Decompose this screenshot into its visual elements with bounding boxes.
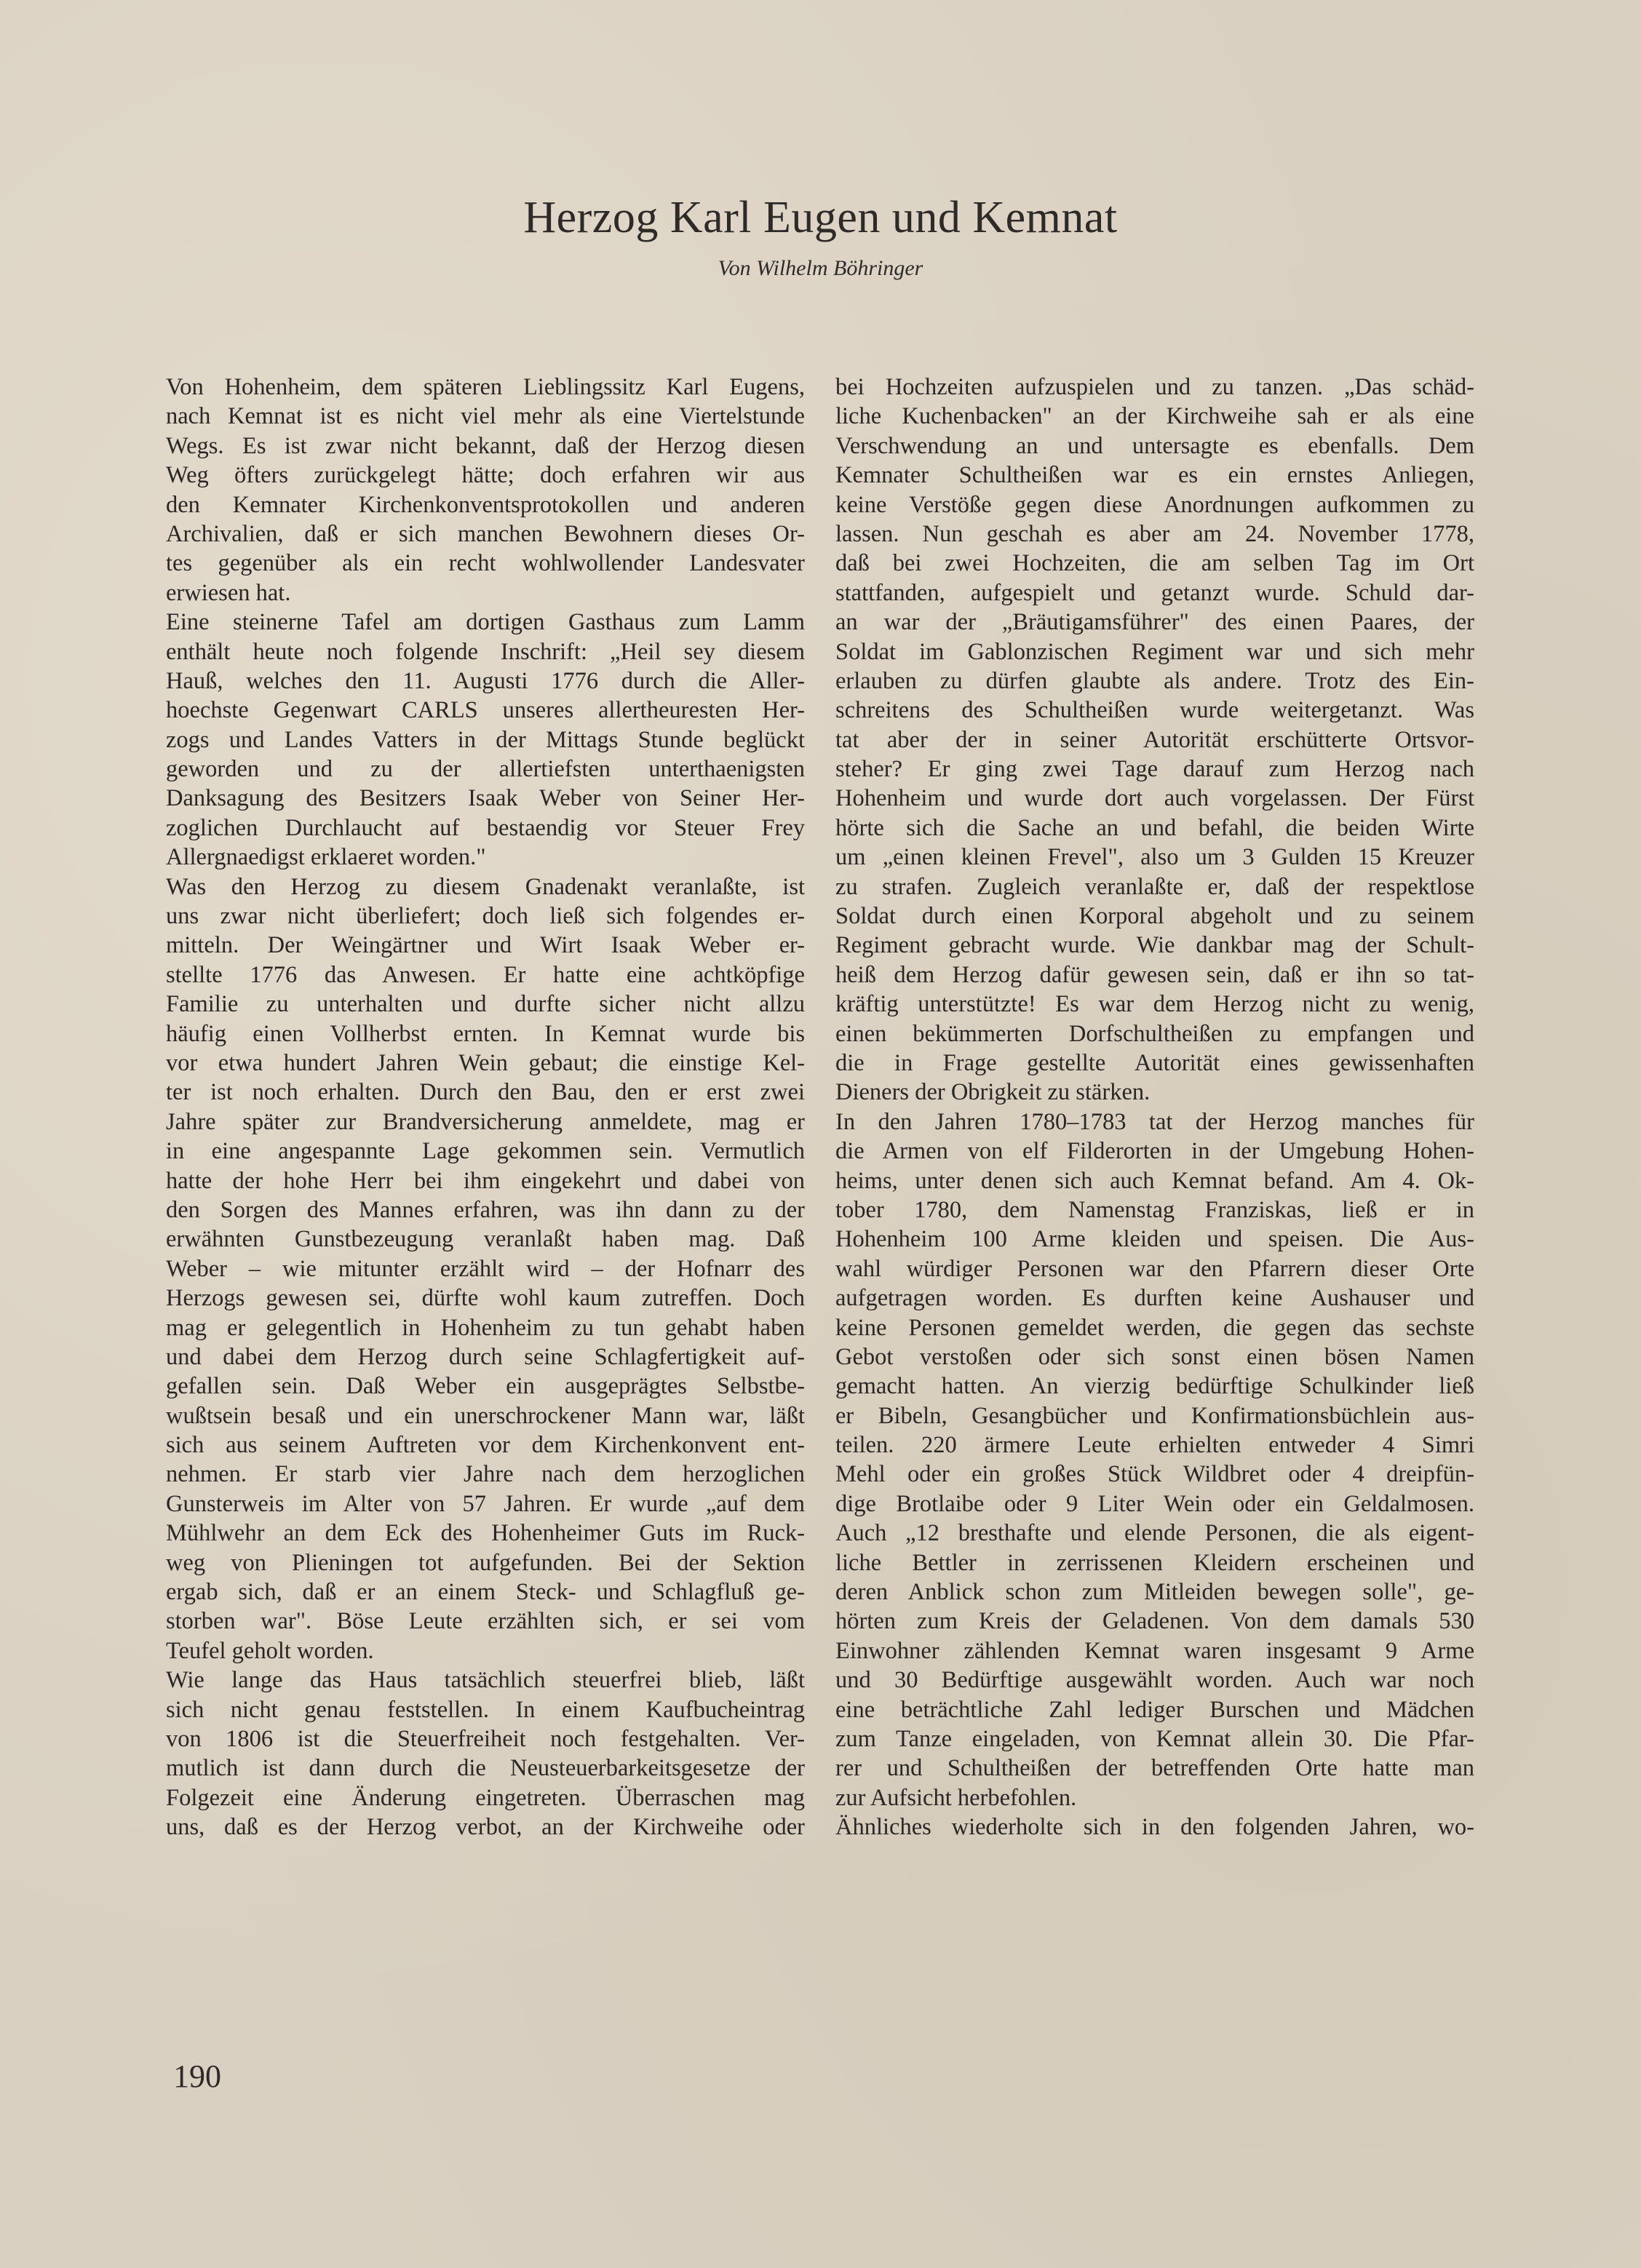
text-line: lassen. Nun geschah es aber am 24. Novem… xyxy=(835,520,1474,549)
text-line: Archivalien, daß er sich manchen Bewohne… xyxy=(166,520,805,549)
text-line: tes gegenüber als ein recht wohlwollende… xyxy=(166,549,805,578)
left-text-column: Von Hohenheim, dem späteren Lieblingssit… xyxy=(166,373,805,1842)
text-line: heiß dem Herzog dafür gewesen sein, daß … xyxy=(835,960,1474,990)
text-line: tober 1780, dem Namenstag Franziskas, li… xyxy=(835,1195,1474,1225)
text-line: Von Hohenheim, dem späteren Lieblingssit… xyxy=(166,373,805,402)
text-line: tat aber der in seiner Autorität erschüt… xyxy=(835,725,1474,755)
text-line: keine Verstöße gegen diese Anordnungen a… xyxy=(835,490,1474,520)
text-line: und dabei dem Herzog durch seine Schlagf… xyxy=(166,1342,805,1372)
text-line: schreitens des Schultheißen wurde weiter… xyxy=(835,696,1474,725)
text-line: nehmen. Er starb vier Jahre nach dem her… xyxy=(166,1460,805,1489)
text-line: zogs und Landes Vatters in der Mittags S… xyxy=(166,725,805,755)
text-line: sich aus seinem Auftreten vor dem Kirche… xyxy=(166,1431,805,1460)
text-line: in eine angespannte Lage gekommen sein. … xyxy=(166,1137,805,1166)
text-line: Folgezeit eine Änderung eingetreten. Übe… xyxy=(166,1783,805,1813)
text-line: eine beträchtliche Zahl lediger Burschen… xyxy=(835,1695,1474,1724)
text-line: stellte 1776 das Anwesen. Er hatte eine … xyxy=(166,960,805,990)
text-line: dige Brotlaibe oder 9 Liter Wein oder ei… xyxy=(835,1489,1474,1519)
text-line: teilen. 220 ärmere Leute erhielten entwe… xyxy=(835,1431,1474,1460)
text-line: einen bekümmerten Dorfschultheißen zu em… xyxy=(835,1019,1474,1049)
text-line: gemacht hatten. An vierzig bedürftige Sc… xyxy=(835,1372,1474,1401)
text-line: hörten zum Kreis der Geladenen. Von dem … xyxy=(835,1607,1474,1636)
article-author: Von Wilhelm Böhringer xyxy=(0,256,1641,281)
text-line: Herzogs gewesen sei, dürfte wohl kaum zu… xyxy=(166,1284,805,1313)
text-line: rer und Schultheißen der betreffenden Or… xyxy=(835,1754,1474,1783)
text-line: hoechste Gegenwart CARLS unseres allerth… xyxy=(166,696,805,725)
text-line: Hauß, welches den 11. Augusti 1776 durch… xyxy=(166,667,805,696)
text-line: uns, daß es der Herzog verbot, an der Ki… xyxy=(166,1813,805,1842)
text-line: zoglichen Durchlaucht auf bestaendig vor… xyxy=(166,813,805,843)
text-line: er Bibeln, Gesangbücher und Konfirmation… xyxy=(835,1401,1474,1431)
text-line: aufgetragen worden. Es durften keine Aus… xyxy=(835,1284,1474,1313)
text-line: erlauben zu dürfen glaubte als andere. T… xyxy=(835,667,1474,696)
text-line: Regiment gebracht wurde. Wie dankbar mag… xyxy=(835,931,1474,960)
text-line: Wegs. Es ist zwar nicht bekannt, daß der… xyxy=(166,431,805,461)
text-line: bei Hochzeiten aufzuspielen und zu tanze… xyxy=(835,373,1474,402)
text-line: Verschwendung an und untersagte es ebenf… xyxy=(835,431,1474,461)
text-line: Einwohner zählenden Kemnat waren insgesa… xyxy=(835,1636,1474,1666)
text-line: ter ist noch erhalten. Durch den Bau, de… xyxy=(166,1078,805,1107)
text-line: hatte der hohe Herr bei ihm eingekehrt u… xyxy=(166,1166,805,1195)
text-line: zum Tanze eingeladen, von Kemnat allein … xyxy=(835,1724,1474,1754)
text-line: deren Anblick schon zum Mitleiden bewege… xyxy=(835,1577,1474,1607)
page-number: 190 xyxy=(173,2058,221,2095)
text-line: geworden und zu der allertiefsten untert… xyxy=(166,755,805,784)
text-line: Gunsterweis im Alter von 57 Jahren. Er w… xyxy=(166,1489,805,1519)
text-line: Hohenheim und wurde dort auch vorgelasse… xyxy=(835,784,1474,813)
text-line: Wie lange das Haus tatsächlich steuerfre… xyxy=(166,1666,805,1695)
text-line: und 30 Bedürftige ausgewählt worden. Auc… xyxy=(835,1666,1474,1695)
text-line: mutlich ist dann durch die Neusteuerbark… xyxy=(166,1754,805,1783)
text-line: Dieners der Obrigkeit zu stärken. xyxy=(835,1078,1474,1107)
text-line: stattfanden, aufgespielt und getanzt wur… xyxy=(835,578,1474,608)
text-line: keine Personen gemeldet werden, die gege… xyxy=(835,1313,1474,1342)
text-line: Hohenheim 100 Arme kleiden und speisen. … xyxy=(835,1225,1474,1254)
text-line: die Armen von elf Filderorten in der Umg… xyxy=(835,1137,1474,1166)
text-line: Mehl oder ein großes Stück Wildbret oder… xyxy=(835,1460,1474,1489)
text-line: die in Frage gestellte Autorität eines g… xyxy=(835,1049,1474,1078)
text-line: erwähnten Gunstbezeugung veranlaßt haben… xyxy=(166,1225,805,1254)
text-line: daß bei zwei Hochzeiten, die am selben T… xyxy=(835,549,1474,578)
text-line: Eine steinerne Tafel am dortigen Gasthau… xyxy=(166,608,805,637)
text-line: steher? Er ging zwei Tage darauf zum Her… xyxy=(835,755,1474,784)
right-text-column: bei Hochzeiten aufzuspielen und zu tanze… xyxy=(835,373,1474,1842)
text-line: sich nicht genau feststellen. In einem K… xyxy=(166,1695,805,1724)
text-line: heims, unter denen sich auch Kemnat befa… xyxy=(835,1166,1474,1195)
text-line: wußtsein besaß und ein unerschrockener M… xyxy=(166,1401,805,1431)
text-line: Auch „12 bresthafte und elende Personen,… xyxy=(835,1519,1474,1548)
article-title: Herzog Karl Eugen und Kemnat xyxy=(0,192,1641,244)
text-line: Familie zu unterhalten und durfte sicher… xyxy=(166,990,805,1019)
text-line: weg von Plieningen tot aufgefunden. Bei … xyxy=(166,1548,805,1577)
text-line: gefallen sein. Daß Weber ein ausgeprägte… xyxy=(166,1372,805,1401)
text-line: In den Jahren 1780–1783 tat der Herzog m… xyxy=(835,1107,1474,1137)
text-line: Was den Herzog zu diesem Gnadenakt veran… xyxy=(166,872,805,902)
text-line: Soldat im Gablonzischen Regiment war und… xyxy=(835,637,1474,667)
text-line: Teufel geholt worden. xyxy=(166,1636,805,1666)
text-line: zu strafen. Zugleich veranlaßte er, daß … xyxy=(835,872,1474,902)
text-line: ergab sich, daß er an einem Steck- und S… xyxy=(166,1577,805,1607)
text-line: vor etwa hundert Jahren Wein gebaut; die… xyxy=(166,1049,805,1078)
text-line: Allergnaedigst erklaeret worden." xyxy=(166,843,805,872)
text-line: Ähnliches wiederholte sich in den folgen… xyxy=(835,1813,1474,1842)
text-line: kräftig unterstützte! Es war dem Herzog … xyxy=(835,990,1474,1019)
text-line: Soldat durch einen Korporal abgeholt und… xyxy=(835,902,1474,931)
text-line: mag er gelegentlich in Hohenheim zu tun … xyxy=(166,1313,805,1342)
text-line: Jahre später zur Brandversicherung anmel… xyxy=(166,1107,805,1137)
text-line: nach Kemnat ist es nicht viel mehr als e… xyxy=(166,402,805,431)
text-line: storben war". Böse Leute erzählten sich,… xyxy=(166,1607,805,1636)
text-line: den Kemnater Kirchenkonventsprotokollen … xyxy=(166,490,805,520)
text-line: Kemnater Schultheißen war es ein ernstes… xyxy=(835,461,1474,490)
text-line: hörte sich die Sache an und befahl, die … xyxy=(835,813,1474,843)
text-line: wahl würdiger Personen war den Pfarrern … xyxy=(835,1254,1474,1284)
text-line: Weber – wie mitunter erzählt wird – der … xyxy=(166,1254,805,1284)
text-line: liche Bettler in zerrissenen Kleidern er… xyxy=(835,1548,1474,1577)
text-line: erwiesen hat. xyxy=(166,578,805,608)
text-line: uns zwar nicht überliefert; doch ließ si… xyxy=(166,902,805,931)
text-line: Mühlwehr an dem Eck des Hohenheimer Guts… xyxy=(166,1519,805,1548)
text-line: Weg öfters zurückgelegt hätte; doch erfa… xyxy=(166,461,805,490)
text-line: um „einen kleinen Frevel", also um 3 Gul… xyxy=(835,843,1474,872)
text-line: mitteln. Der Weingärtner und Wirt Isaak … xyxy=(166,931,805,960)
text-line: häufig einen Vollherbst ernten. In Kemna… xyxy=(166,1019,805,1049)
text-line: von 1806 ist die Steuerfreiheit noch fes… xyxy=(166,1724,805,1754)
text-line: an war der „Bräutigamsführer" des einen … xyxy=(835,608,1474,637)
text-line: Gebot verstoßen oder sich sonst einen bö… xyxy=(835,1342,1474,1372)
text-line: Danksagung des Besitzers Isaak Weber von… xyxy=(166,784,805,813)
text-line: enthält heute noch folgende Inschrift: „… xyxy=(166,637,805,667)
text-line: den Sorgen des Mannes erfahren, was ihn … xyxy=(166,1195,805,1225)
text-line: liche Kuchenbacken" an der Kirchweihe sa… xyxy=(835,402,1474,431)
text-line: zur Aufsicht herbefohlen. xyxy=(835,1783,1474,1813)
